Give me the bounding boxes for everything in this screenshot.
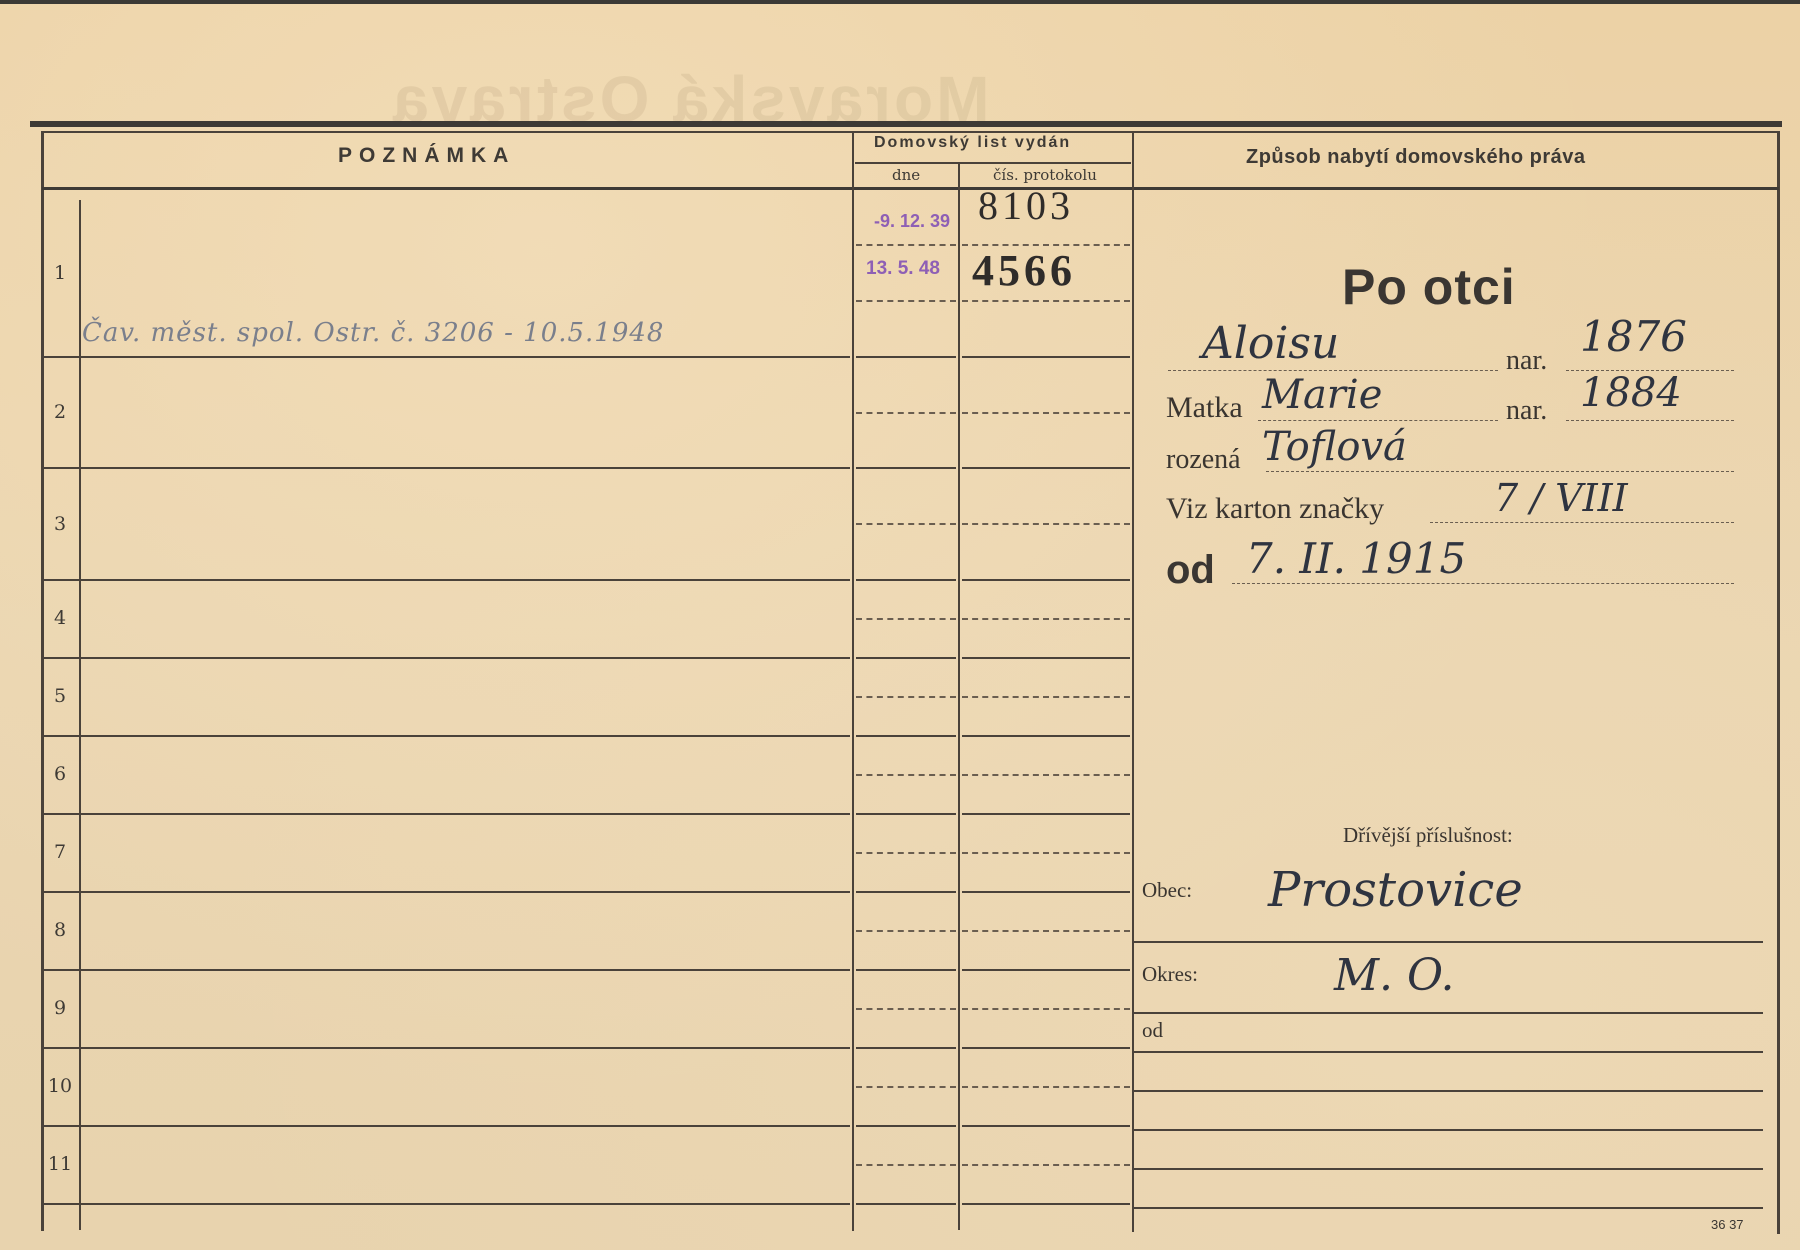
header-acquisition-method: Způsob nabytí domovského práva xyxy=(1246,146,1586,169)
row-rule xyxy=(42,813,850,815)
row-number-divider xyxy=(79,200,81,1230)
certificate-protocol-stamp: 8103 xyxy=(978,182,1074,229)
since-date-handwritten: 7. II. 1915 xyxy=(1246,534,1466,583)
header-remarks: POZNÁMKA xyxy=(338,144,515,168)
card-reference-line xyxy=(1430,522,1734,523)
row-number: 2 xyxy=(45,401,75,423)
row-rule xyxy=(42,657,850,659)
row-number: 4 xyxy=(45,607,75,629)
mother-name-handwritten: Marie xyxy=(1262,372,1382,418)
district-rule xyxy=(1133,1012,1763,1014)
cert-rule xyxy=(962,735,1130,737)
father-born-label: nar. xyxy=(1506,345,1547,377)
mother-born-line xyxy=(1566,420,1734,421)
district-label: Okres: xyxy=(1142,962,1198,987)
mother-born-handwritten: 1884 xyxy=(1580,370,1682,416)
cert-rule xyxy=(856,657,956,659)
cert-dashed-rule xyxy=(856,774,956,776)
cert-dashed-rule xyxy=(962,300,1130,302)
ruled-line xyxy=(1133,1168,1763,1170)
certificate-subheader-rule xyxy=(855,162,1131,164)
cert-rule xyxy=(962,1047,1130,1049)
cert-rule xyxy=(962,891,1130,893)
row-number: 5 xyxy=(45,685,75,707)
ruled-line xyxy=(1133,1207,1763,1209)
header-certificate-issued: Domovský list vydán xyxy=(874,134,1071,152)
row-rule xyxy=(42,579,850,581)
cert-dashed-rule xyxy=(962,1164,1130,1166)
cert-dashed-rule xyxy=(962,1086,1130,1088)
row-number: 11 xyxy=(45,1153,75,1175)
cert-dashed-rule xyxy=(962,696,1130,698)
ruled-line xyxy=(1133,1129,1763,1131)
cert-rule xyxy=(856,579,956,581)
header-bottom-rule xyxy=(42,187,1779,190)
maiden-name-label: rozená xyxy=(1166,444,1241,476)
cert-dashed-rule xyxy=(962,523,1130,525)
maiden-name-line xyxy=(1266,471,1734,472)
cert-rule xyxy=(962,969,1130,971)
row-rule xyxy=(42,467,850,469)
cert-dashed-rule xyxy=(962,930,1130,932)
scan-top-edge xyxy=(0,0,1800,4)
row-number: 9 xyxy=(45,997,75,1019)
row-number: 6 xyxy=(45,763,75,785)
municipality-handwritten: Prostovice xyxy=(1268,862,1523,918)
since-label: od xyxy=(1166,548,1215,593)
cert-dashed-rule xyxy=(856,618,956,620)
cert-dashed-rule xyxy=(856,1086,956,1088)
cert-rule xyxy=(856,1047,956,1049)
row-rule xyxy=(42,969,850,971)
cert-dashed-rule xyxy=(856,523,956,525)
cert-dashed-rule xyxy=(856,244,956,246)
row-rule xyxy=(42,1125,850,1127)
certificate-date-stamp: -9. 12. 39 xyxy=(874,211,950,232)
cert-rule xyxy=(856,891,956,893)
father-born-handwritten: 1876 xyxy=(1580,312,1687,361)
cert-dashed-rule xyxy=(856,852,956,854)
row-rule xyxy=(42,891,850,893)
cert-rule xyxy=(856,1203,956,1205)
top-thick-rule xyxy=(30,121,1782,127)
certificate-date-stamp: 13. 5. 48 xyxy=(866,258,940,280)
cert-rule xyxy=(856,1125,956,1127)
cert-dashed-rule xyxy=(962,1008,1130,1010)
previous-affiliation-title: Dřívější příslušnost: xyxy=(1343,823,1513,848)
date-protocol-divider xyxy=(958,163,960,1230)
cert-dashed-rule xyxy=(962,852,1130,854)
row-number: 8 xyxy=(45,919,75,941)
cert-dashed-rule xyxy=(856,1164,956,1166)
previous-since-label: od xyxy=(1142,1018,1163,1043)
acquisition-title: Po otci xyxy=(1342,258,1516,316)
cert-rule xyxy=(962,657,1130,659)
card-reference-handwritten: 7 / VIII xyxy=(1494,476,1628,520)
top-thin-rule xyxy=(42,131,1780,133)
cert-rule xyxy=(856,813,956,815)
row-number: 3 xyxy=(45,513,75,535)
row-number: 10 xyxy=(45,1075,75,1097)
cert-dashed-rule xyxy=(962,774,1130,776)
cert-rule xyxy=(856,467,956,469)
frame-left-border xyxy=(41,131,44,1231)
cert-dashed-rule xyxy=(962,618,1130,620)
cert-dashed-rule xyxy=(856,412,956,414)
municipality-label: Obec: xyxy=(1142,878,1192,903)
page-code: 36 37 xyxy=(1711,1217,1744,1232)
municipality-rule xyxy=(1133,941,1763,943)
frame-right-border xyxy=(1777,131,1780,1234)
cert-rule xyxy=(962,467,1130,469)
since-date-line xyxy=(1232,583,1734,584)
row-rule xyxy=(42,356,850,358)
row-number: 1 xyxy=(45,262,75,284)
ruled-line xyxy=(1133,1051,1763,1053)
certificate-right-divider xyxy=(1132,131,1134,1232)
card-reference-label: Viz karton značky xyxy=(1166,492,1384,526)
certificate-protocol-stamp: 4566 xyxy=(972,245,1076,296)
row-rule xyxy=(42,1203,850,1205)
cert-dashed-rule xyxy=(856,1008,956,1010)
cert-dashed-rule xyxy=(962,412,1130,414)
mother-born-label: nar. xyxy=(1506,395,1547,427)
mother-label: Matka xyxy=(1166,391,1243,425)
row-rule xyxy=(42,1047,850,1049)
cert-rule xyxy=(856,969,956,971)
district-handwritten: M. O. xyxy=(1334,950,1455,1001)
cert-rule xyxy=(856,356,956,358)
cert-dashed-rule xyxy=(856,930,956,932)
remark-row-1: Čav. měst. spol. Ostr. č. 3206 - 10.5.19… xyxy=(82,318,664,348)
mother-name-line xyxy=(1258,420,1498,421)
cert-rule xyxy=(856,735,956,737)
cert-rule xyxy=(962,1203,1130,1205)
ruled-line xyxy=(1133,1090,1763,1092)
cert-rule xyxy=(962,579,1130,581)
father-name-handwritten: Aloisu xyxy=(1202,318,1339,369)
cert-rule xyxy=(962,813,1130,815)
row-rule xyxy=(42,735,850,737)
maiden-name-handwritten: Toflová xyxy=(1262,424,1407,470)
remarks-right-divider xyxy=(852,131,854,1231)
cert-dashed-rule xyxy=(856,696,956,698)
father-name-line xyxy=(1168,370,1498,371)
cert-rule xyxy=(962,356,1130,358)
cert-dashed-rule xyxy=(856,300,956,302)
cert-rule xyxy=(962,1125,1130,1127)
header-date: dne xyxy=(892,166,920,184)
row-number: 7 xyxy=(45,841,75,863)
